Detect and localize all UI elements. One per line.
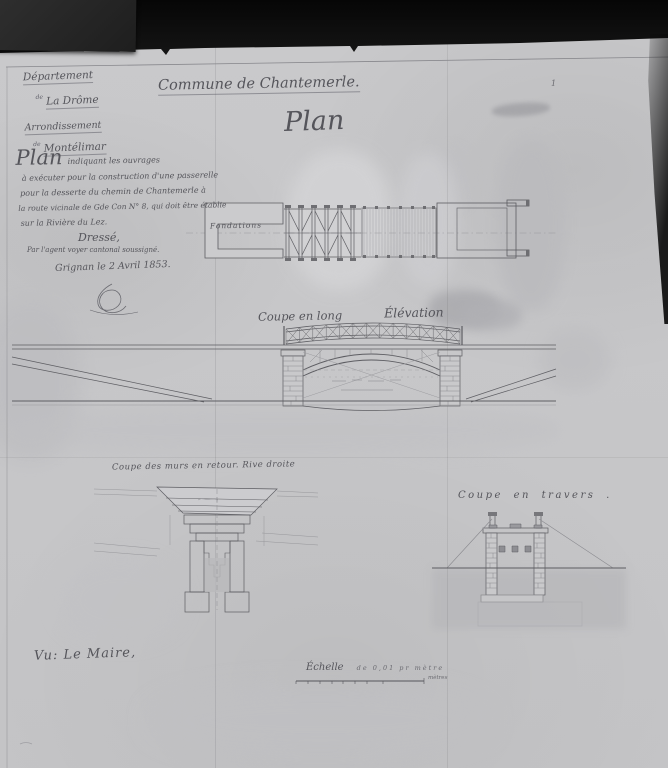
cross-section-drawing [432, 512, 626, 626]
wall-section-drawing [94, 487, 318, 612]
plan-drawing [186, 200, 558, 261]
frame-border [6, 57, 668, 768]
photo-background: Département deLa Drôme Arrondissement de… [0, 0, 668, 768]
scale-bar [296, 678, 424, 684]
elevation-drawing [12, 323, 556, 411]
corner-pencil-mark [20, 743, 32, 745]
drawing-sheet [0, 0, 668, 768]
archive-card [0, 0, 136, 52]
signature-paraph [90, 284, 138, 315]
